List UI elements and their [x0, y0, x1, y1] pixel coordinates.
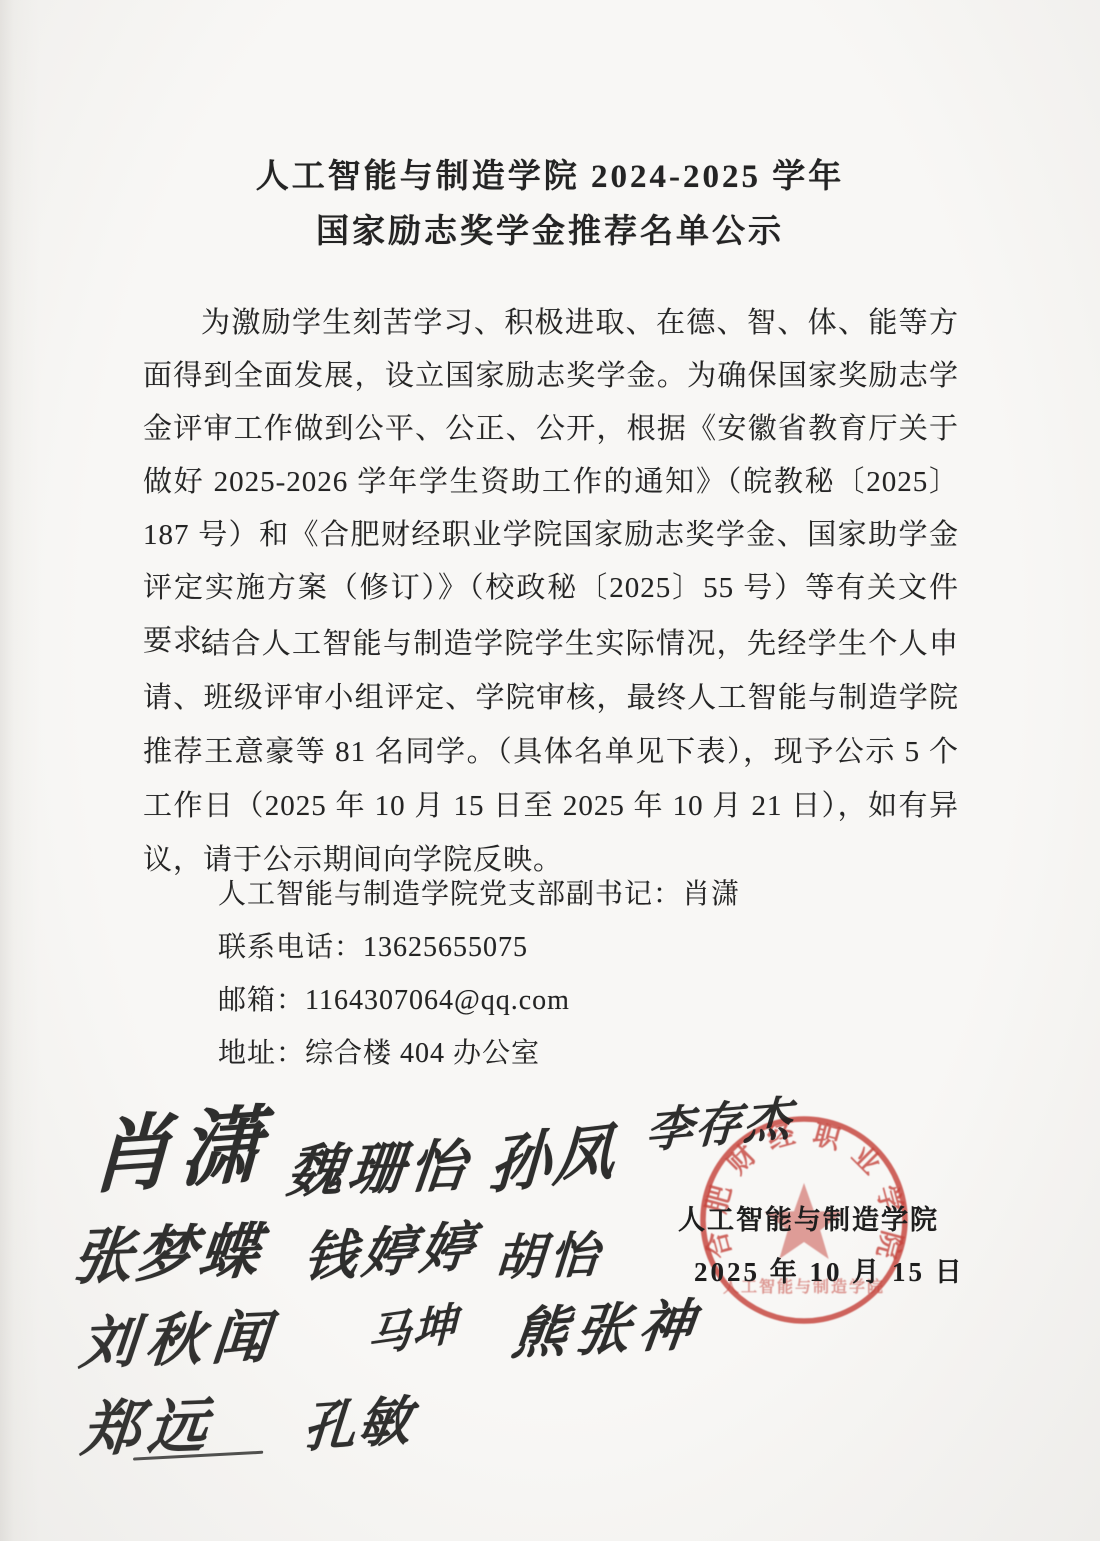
signature-handwritten-4: 李存杰 [644, 1081, 794, 1161]
signature-handwritten-10: 熊张神 [508, 1280, 707, 1370]
signature-handwritten-5: 张梦蝶 [69, 1203, 267, 1296]
title-line-2: 国家励志奖学金推荐名单公示 [0, 205, 1100, 260]
contact-block: 人工智能与制造学院党支部副书记：肖潇 联系电话：13625655075 邮箱：1… [218, 868, 740, 1080]
issuer-department: 人工智能与制造学院 [678, 1198, 939, 1237]
signature-handwritten-9: 马坤 [367, 1287, 459, 1365]
svg-text:职: 职 [810, 1119, 845, 1155]
body-paragraph-2: 结合人工智能与制造学院学生实际情况，先经学生个人申请、班级评审小组评定、学院审核… [143, 617, 959, 887]
signature-handwritten-7: 胡怡 [493, 1216, 606, 1290]
contact-phone-line: 联系电话：13625655075 [218, 921, 740, 974]
issuer-date: 2025 年 10 月 15 日 [694, 1250, 965, 1289]
signature-handwritten-12: 孔敏 [301, 1378, 416, 1462]
document-title: 人工智能与制造学院 2024-2025 学年 国家励志奖学金推荐名单公示 [0, 150, 1100, 260]
signature-handwritten-1: 肖潇 [88, 1079, 272, 1209]
signature-handwritten-3: 孙凤 [487, 1100, 619, 1206]
signature-handwritten-2: 魏珊怡 [284, 1122, 475, 1209]
title-line-1: 人工智能与制造学院 2024-2025 学年 [0, 150, 1100, 205]
contact-secretary-line: 人工智能与制造学院党支部副书记：肖潇 [218, 868, 740, 921]
contact-address-line: 地址：综合楼 404 办公室 [218, 1027, 740, 1080]
signature-handwritten-6: 钱婷婷 [301, 1204, 481, 1293]
signature-handwritten-8: 刘秋闻 [77, 1291, 282, 1380]
scanned-document-page: 人工智能与制造学院 2024-2025 学年 国家励志奖学金推荐名单公示 为激励… [0, 0, 1100, 1541]
signature-handwritten-11: 郑远 [79, 1377, 218, 1467]
contact-email-line: 邮箱：1164307064@qq.com [218, 974, 740, 1027]
body-paragraph-1: 为激励学生刻苦学习、积极进取、在德、智、体、能等方面得到全面发展，设立国家励志奖… [143, 297, 959, 668]
svg-text:业: 业 [846, 1140, 886, 1180]
